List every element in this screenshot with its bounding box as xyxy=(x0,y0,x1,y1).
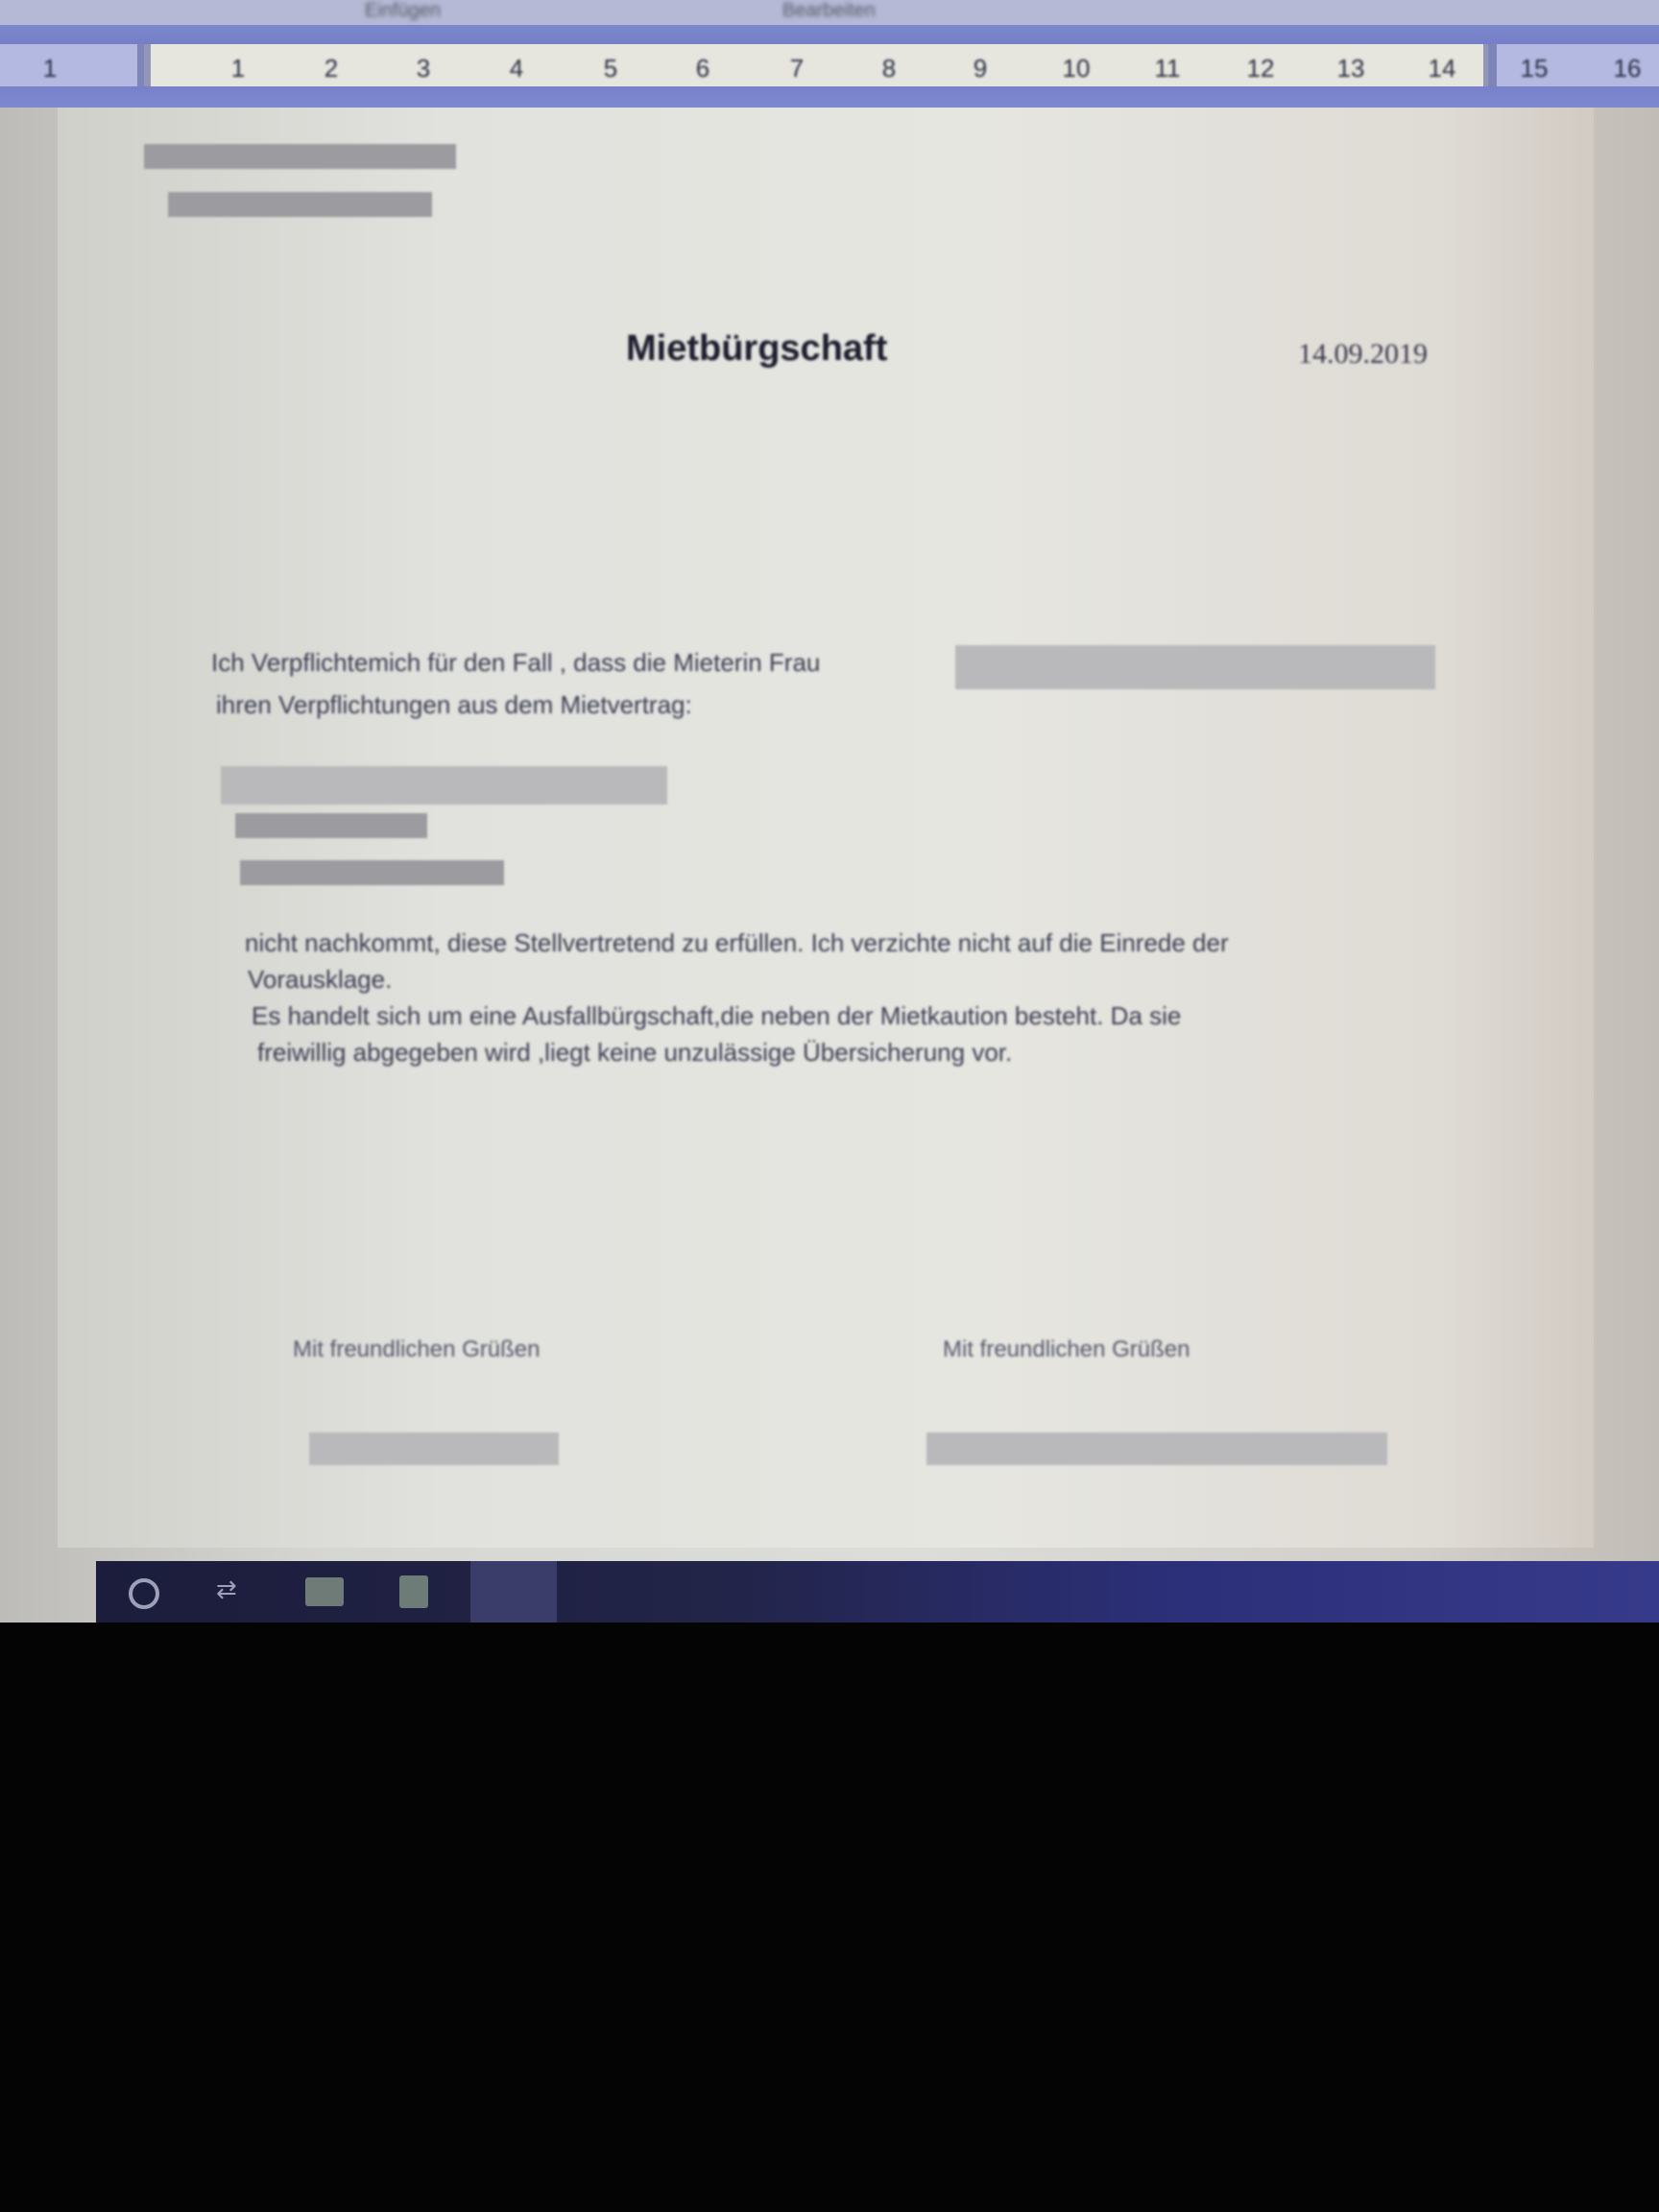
redacted-property-city xyxy=(235,813,427,838)
ruler-tick: 6 xyxy=(696,54,709,84)
ruler-tick: 13 xyxy=(1337,54,1365,84)
ruler-tick: 1 xyxy=(231,54,245,84)
ruler-tick: 1 xyxy=(43,54,57,84)
ruler-text-area xyxy=(144,44,1488,86)
closing-left: Mit freundlichen Grüßen xyxy=(293,1336,540,1363)
redacted-signature-left xyxy=(309,1432,559,1465)
redacted-property-street xyxy=(221,766,667,805)
tab-edit[interactable]: Bearbeiten xyxy=(782,0,876,22)
redacted-sender-address xyxy=(168,192,432,217)
ruler-tick: 10 xyxy=(1063,54,1091,84)
ribbon-tab-bar: Einfügen Bearbeiten xyxy=(0,0,1659,25)
ruler-tick: 2 xyxy=(325,54,338,84)
monitor-screen: Einfügen Bearbeiten 1 1 2 3 4 5 6 7 8 9 … xyxy=(0,0,1659,1623)
redacted-tenant-name xyxy=(955,645,1435,689)
body-line: nicht nachkommt, diese Stellvertretend z… xyxy=(245,928,1229,958)
ruler-tick: 9 xyxy=(974,54,987,84)
ruler-tick: 4 xyxy=(510,54,523,84)
ruler-tick: 14 xyxy=(1429,54,1456,84)
document-title: Mietbürgschaft xyxy=(626,328,887,370)
body-line: ihren Verpflichtungen aus dem Mietvertra… xyxy=(216,690,692,720)
task-view-icon[interactable]: ⇄ xyxy=(216,1575,251,1609)
horizontal-ruler[interactable]: 1 1 2 3 4 5 6 7 8 9 10 11 12 13 14 15 16 xyxy=(0,44,1659,86)
word-document-icon[interactable] xyxy=(399,1575,428,1608)
ruler-tick: 15 xyxy=(1521,54,1549,84)
ruler-tick: 7 xyxy=(790,54,804,84)
ruler-bar: 1 1 2 3 4 5 6 7 8 9 10 11 12 13 14 15 16 xyxy=(0,25,1659,108)
body-line: Ich Verpflichtemich für den Fall , dass … xyxy=(211,648,820,678)
closing-right: Mit freundlichen Grüßen xyxy=(943,1336,1190,1363)
body-line: freiwillig abgegeben wird ,liegt keine u… xyxy=(257,1038,1012,1068)
ruler-tick: 3 xyxy=(417,54,430,84)
document-date: 14.09.2019 xyxy=(1298,338,1428,371)
search-icon[interactable] xyxy=(129,1578,159,1609)
taskbar: ⇄ xyxy=(96,1561,1659,1623)
ruler-tick: 11 xyxy=(1155,54,1181,84)
redacted-signature-right xyxy=(926,1432,1387,1465)
left-indent-marker[interactable] xyxy=(137,44,151,86)
right-indent-marker[interactable] xyxy=(1483,44,1497,86)
tab-insert[interactable]: Einfügen xyxy=(365,0,441,22)
ruler-tick: 16 xyxy=(1614,54,1642,84)
redacted-property-detail xyxy=(240,860,504,885)
ruler-tick: 12 xyxy=(1247,54,1275,84)
file-explorer-icon[interactable] xyxy=(305,1577,344,1606)
document-page[interactable]: Mietbürgschaft 14.09.2019 Ich Verpflicht… xyxy=(58,108,1594,1548)
ruler-tick: 8 xyxy=(882,54,896,84)
ruler-tick: 5 xyxy=(604,54,617,84)
body-line: Es handelt sich um eine Ausfallbürgschaf… xyxy=(252,1001,1181,1031)
redacted-sender-name xyxy=(144,144,456,169)
body-line: Vorausklage. xyxy=(248,965,392,995)
active-app-highlight xyxy=(470,1561,557,1623)
